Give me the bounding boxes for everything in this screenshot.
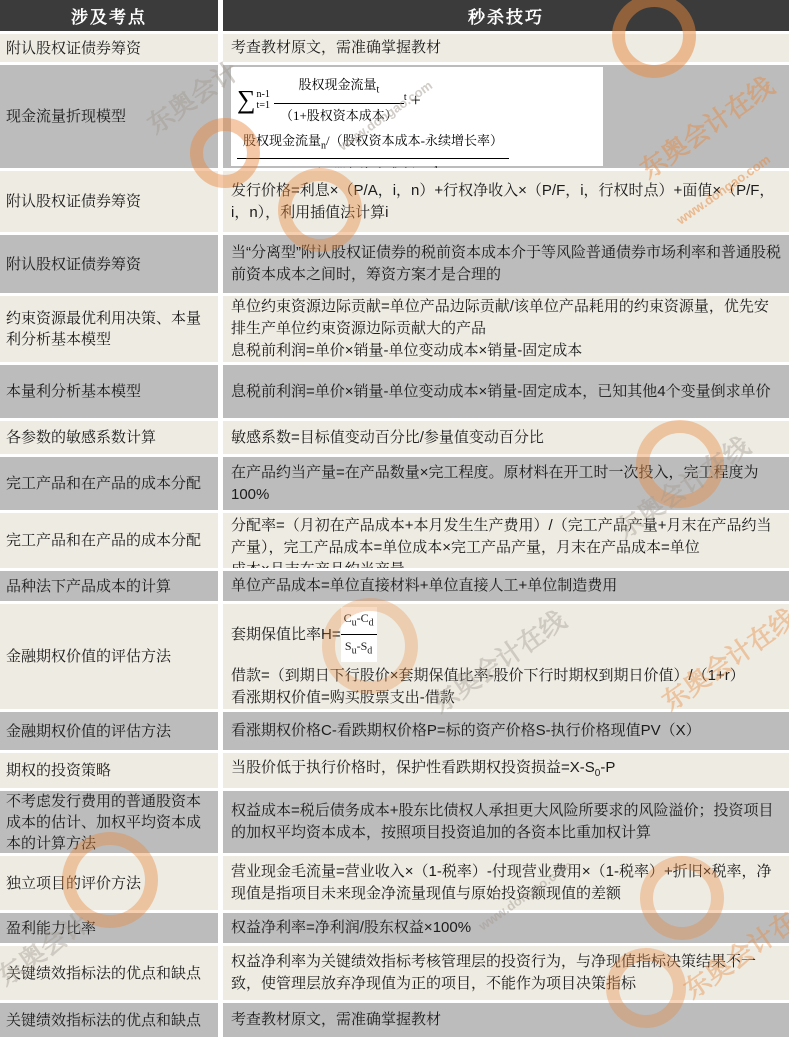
table-row: 盈利能力比率 权益净利率=净利润/股东权益×100% xyxy=(0,913,789,943)
topic-cell: 各参数的敏感系数计算 xyxy=(0,421,218,454)
exponent: n-1 xyxy=(425,165,438,168)
topic-cell: 独立项目的评价方法 xyxy=(0,856,218,910)
technique-text: 分配率=（月初在产品成本+本月发生生产费用）/（完工产品产量+月末在产品约当产量… xyxy=(231,515,783,559)
technique-cell: 权益成本=税后债务成本+股东比债权人承担更大风险所要求的风险溢价；投资项目的加权… xyxy=(223,791,789,853)
formula-term: -C xyxy=(357,611,369,625)
technique-text: 营业现金毛流量=营业收入×（1-税率）-付现营业费用×（1-税率）+折旧×税率，… xyxy=(231,861,783,905)
table-row: 独立项目的评价方法 营业现金毛流量=营业收入×（1-税率）-付现营业费用×（1-… xyxy=(0,856,789,910)
table-header-row: 涉及考点 秒杀技巧 xyxy=(0,0,789,31)
hedge-ratio-fraction: Cu-Cd Su-Sd xyxy=(341,607,377,663)
subscript: d xyxy=(367,645,372,656)
technique-text-clipped: 成本×月末在产品约当产量 xyxy=(231,559,783,568)
technique-cell: 单位产品成本=单位直接材料+单位直接人工+单位制造费用 xyxy=(223,571,789,601)
topic-cell: 本量利分析基本模型 xyxy=(0,365,218,418)
sigma-lower-limit: t=1 xyxy=(257,100,270,111)
technique-text: 看涨期权价值=购买股票支出-借款 xyxy=(231,687,783,709)
table-row: 附认股权证债券筹资 考查教材原文，需准确掌握教材 xyxy=(0,34,789,62)
technique-text: 敏感系数=目标值变动百分比/参量值变动百分比 xyxy=(231,427,783,449)
exam-tips-table: 涉及考点 秒杀技巧 附认股权证债券筹资 考查教材原文，需准确掌握教材 现金流量折… xyxy=(0,0,789,1037)
sigma-symbol: ∑ xyxy=(237,87,256,113)
topic-text: 完工产品和在产品的成本分配 xyxy=(6,530,214,551)
hedge-ratio-line: 套期保值比率H= Cu-Cd Su-Sd xyxy=(231,607,783,663)
topic-text: 金融期权价值的评估方法 xyxy=(6,721,214,742)
topic-cell: 完工产品和在产品的成本分配 xyxy=(0,457,218,510)
topic-cell: 盈利能力比率 xyxy=(0,913,218,943)
table-row: 品种法下产品成本的计算 单位产品成本=单位直接材料+单位直接人工+单位制造费用 xyxy=(0,571,789,601)
quick-kill-tips-sheet: { "header": { "col1": "涉及考点", "col2": "秒… xyxy=(0,0,789,1037)
topic-cell: 关键绩效指标法的优点和缺点 xyxy=(0,946,218,1000)
fraction-numerator: Cu-Cd xyxy=(341,607,377,635)
table-row: 完工产品和在产品的成本分配 在产品约当产量=在产品数量×完工程度。原材料在开工时… xyxy=(0,457,789,510)
formula-term: （1+股权资本成本） xyxy=(280,108,398,123)
topic-text: 金融期权价值的评估方法 xyxy=(6,646,214,667)
table-row: 金融期权价值的评估方法 套期保值比率H= Cu-Cd Su-Sd 借款=（到期日… xyxy=(0,604,789,709)
technique-cell: 敏感系数=目标值变动百分比/参量值变动百分比 xyxy=(223,421,789,454)
topic-text: 约束资源最优利用决策、本量利分析基本模型 xyxy=(6,308,214,350)
topic-cell: 约束资源最优利用决策、本量利分析基本模型 xyxy=(0,296,218,362)
fraction-numerator: 股权现金流量n/（股权资本成本-永续增长率） xyxy=(237,130,509,160)
fraction: 股权现金流量t （1+股权资本成本） xyxy=(274,74,404,127)
technique-text: 考查教材原文，需准确掌握教材 xyxy=(231,37,783,59)
topic-cell: 现金流量折现模型 xyxy=(0,65,218,168)
table-row: 期权的投资策略 当股价低于执行价格时，保护性看跌期权投资损益=X-S0-P xyxy=(0,753,789,788)
table-row: 完工产品和在产品的成本分配 分配率=（月初在产品成本+本月发生生产费用）/（完工… xyxy=(0,513,789,568)
topic-cell: 不考虑发行费用的普通股资本成本的估计、加权平均资本成本的计算方法 xyxy=(0,791,218,853)
formula-term: S xyxy=(345,639,352,653)
topic-cell: 期权的投资策略 xyxy=(0,753,218,788)
technique-text: 权益净利率为关键绩效指标考核管理层的投资行为，与净现值指标决策结果不一致，使管理… xyxy=(231,951,783,995)
technique-text: 权益净利率=净利润/股东权益×100% xyxy=(231,917,783,939)
sigma-upper-limit: n-1 xyxy=(257,89,270,100)
technique-cell: 分配率=（月初在产品成本+本月发生生产费用）/（完工产品产量+月末在产品约当产量… xyxy=(223,513,789,568)
technique-text: 息税前利润=单价×销量-单位变动成本×销量-固定成本，已知其他4个变量倒求单价 xyxy=(231,381,783,403)
technique-text: 权益成本=税后债务成本+股东比债权人承担更大风险所要求的风险溢价；投资项目的加权… xyxy=(231,800,783,844)
topic-cell: 附认股权证债券筹资 xyxy=(0,34,218,62)
technique-cell: 在产品约当产量=在产品数量×完工程度。原材料在开工时一次投入，完工程度为100% xyxy=(223,457,789,510)
fraction: 股权现金流量n/（股权资本成本-永续增长率） （1+股权资本成本）n-1 xyxy=(237,130,509,168)
topic-text: 完工产品和在产品的成本分配 xyxy=(6,473,214,494)
table-row: 不考虑发行费用的普通股资本成本的估计、加权平均资本成本的计算方法 权益成本=税后… xyxy=(0,791,789,853)
table-row: 金融期权价值的评估方法 看涨期权价格C-看跌期权价格P=标的资产价格S-执行价格… xyxy=(0,712,789,750)
exponent: t xyxy=(404,87,407,109)
formula-term: 股权现金流量 xyxy=(298,77,376,92)
topic-cell: 完工产品和在产品的成本分配 xyxy=(0,513,218,568)
topic-cell: 附认股权证债券筹资 xyxy=(0,171,218,232)
technique-cell: 考查教材原文，需准确掌握教材 xyxy=(223,34,789,62)
subscript: d xyxy=(369,617,374,628)
topic-text: 关键绩效指标法的优点和缺点 xyxy=(6,963,214,984)
topic-text: 关键绩效指标法的优点和缺点 xyxy=(6,1010,214,1031)
fraction-denominator: （1+股权资本成本）n-1 xyxy=(237,159,509,168)
technique-text: 发行价格=利息×（P/A，i，n）+行权净收入×（P/F，i，行权时点）+面值×… xyxy=(231,180,783,224)
topic-text: 品种法下产品成本的计算 xyxy=(6,576,214,597)
topic-text: 附认股权证债券筹资 xyxy=(6,191,214,212)
topic-text: 不考虑发行费用的普通股资本成本的估计、加权平均资本成本的计算方法 xyxy=(6,791,214,853)
technique-cell: 权益净利率为关键绩效指标考核管理层的投资行为，与净现值指标决策结果不一致，使管理… xyxy=(223,946,789,1000)
topic-text: 本量利分析基本模型 xyxy=(6,381,214,402)
formula-term: （1+股权资本成本） xyxy=(307,167,425,168)
hedge-ratio-label: 套期保值比率H= xyxy=(231,624,341,646)
fraction-denominator: （1+股权资本成本） xyxy=(274,104,404,127)
table-row: 附认股权证债券筹资 发行价格=利息×（P/A，i，n）+行权净收入×（P/F，i… xyxy=(0,171,789,232)
dcf-formula-image: ∑ n-1 t=1 股权现金流量t （1+股权资本成本） t + 股权现金流量n… xyxy=(231,67,603,166)
topic-cell: 金融期权价值的评估方法 xyxy=(0,712,218,750)
technique-cell: ∑ n-1 t=1 股权现金流量t （1+股权资本成本） t + 股权现金流量n… xyxy=(223,65,789,168)
table-row: 约束资源最优利用决策、本量利分析基本模型 单位约束资源边际贡献=单位产品边际贡献… xyxy=(0,296,789,362)
topic-text: 各参数的敏感系数计算 xyxy=(6,427,214,448)
formula-term: -S xyxy=(357,639,368,653)
technique-text-part: 当股价低于执行价格时，保护性看跌期权投资损益=X-S xyxy=(231,759,595,776)
header-technique-column: 秒杀技巧 xyxy=(223,0,789,31)
fraction-denominator: Su-Sd xyxy=(341,635,377,662)
technique-text: 息税前利润=单价×销量-单位变动成本×销量-固定成本 xyxy=(231,340,783,362)
sigma-limits: n-1 t=1 xyxy=(257,89,270,111)
technique-cell: 息税前利润=单价×销量-单位变动成本×销量-固定成本，已知其他4个变量倒求单价 xyxy=(223,365,789,418)
formula-term: /（股权资本成本-永续增长率） xyxy=(326,133,503,148)
topic-cell: 金融期权价值的评估方法 xyxy=(0,604,218,709)
topic-text: 附认股权证债券筹资 xyxy=(6,38,214,59)
technique-cell: 看涨期权价格C-看跌期权价格P=标的资产价格S-执行价格现值PV（X） xyxy=(223,712,789,750)
technique-text: 看涨期权价格C-看跌期权价格P=标的资产价格S-执行价格现值PV（X） xyxy=(231,720,783,742)
formula-term: C xyxy=(344,611,352,625)
technique-cell: 单位约束资源边际贡献=单位产品边际贡献/该单位产品耗用的约束资源量，优先安排生产… xyxy=(223,296,789,362)
table-row: 附认股权证债券筹资 当“分离型”附认股权证债券的税前资本成本介于等风险普通债券市… xyxy=(0,235,789,293)
topic-text: 盈利能力比率 xyxy=(6,918,214,939)
technique-text: 单位产品成本=单位直接材料+单位直接人工+单位制造费用 xyxy=(231,575,783,597)
header-topic-column: 涉及考点 xyxy=(0,0,218,31)
topic-text: 附认股权证债券筹资 xyxy=(6,254,214,275)
subscript: t xyxy=(377,85,380,96)
table-row: 关键绩效指标法的优点和缺点 权益净利率为关键绩效指标考核管理层的投资行为，与净现… xyxy=(0,946,789,1000)
topic-cell: 附认股权证债券筹资 xyxy=(0,235,218,293)
table-row: 本量利分析基本模型 息税前利润=单价×销量-单位变动成本×销量-固定成本，已知其… xyxy=(0,365,789,418)
technique-text: 当“分离型”附认股权证债券的税前资本成本介于等风险普通债券市场利率和普通股税前资… xyxy=(231,242,783,286)
dcf-formula-line-2: 股权现金流量n/（股权资本成本-永续增长率） （1+股权资本成本）n-1 xyxy=(237,130,597,168)
technique-cell: 考查教材原文，需准确掌握教材 xyxy=(223,1003,789,1037)
technique-text: 当股价低于执行价格时，保护性看跌期权投资损益=X-S0-P xyxy=(231,757,783,785)
plus-sign: + xyxy=(411,89,421,111)
dcf-formula-line-1: ∑ n-1 t=1 股权现金流量t （1+股权资本成本） t + xyxy=(237,74,597,127)
topic-cell: 品种法下产品成本的计算 xyxy=(0,571,218,601)
technique-cell: 当“分离型”附认股权证债券的税前资本成本介于等风险普通债券市场利率和普通股税前资… xyxy=(223,235,789,293)
technique-cell: 权益净利率=净利润/股东权益×100% xyxy=(223,913,789,943)
topic-text: 现金流量折现模型 xyxy=(6,106,214,127)
technique-cell: 套期保值比率H= Cu-Cd Su-Sd 借款=（到期日下行股价×套期保值比率-… xyxy=(223,604,789,709)
technique-text: 单位约束资源边际贡献=单位产品边际贡献/该单位产品耗用的约束资源量，优先安排生产… xyxy=(231,296,783,340)
table-row: 各参数的敏感系数计算 敏感系数=目标值变动百分比/参量值变动百分比 xyxy=(0,421,789,454)
topic-cell: 关键绩效指标法的优点和缺点 xyxy=(0,1003,218,1037)
fraction-numerator: 股权现金流量t xyxy=(274,74,404,104)
technique-text: 考查教材原文，需准确掌握教材 xyxy=(231,1009,783,1031)
technique-cell: 当股价低于执行价格时，保护性看跌期权投资损益=X-S0-P xyxy=(223,753,789,788)
table-row: 关键绩效指标法的优点和缺点 考查教材原文，需准确掌握教材 xyxy=(0,1003,789,1037)
technique-cell: 营业现金毛流量=营业收入×（1-税率）-付现营业费用×（1-税率）+折旧×税率，… xyxy=(223,856,789,910)
technique-text: 在产品约当产量=在产品数量×完工程度。原材料在开工时一次投入，完工程度为100% xyxy=(231,462,783,506)
technique-cell: 发行价格=利息×（P/A，i，n）+行权净收入×（P/F，i，行权时点）+面值×… xyxy=(223,171,789,232)
technique-text: 借款=（到期日下行股价×套期保值比率-股价下行时期权到期日价值）/（1+r） xyxy=(231,665,783,687)
topic-text: 期权的投资策略 xyxy=(6,760,214,781)
table-row: 现金流量折现模型 ∑ n-1 t=1 股权现金流量t （1+股权资本成本） t … xyxy=(0,65,789,168)
technique-text-part: -P xyxy=(600,759,615,776)
topic-text: 独立项目的评价方法 xyxy=(6,873,214,894)
formula-term: 股权现金流量 xyxy=(243,133,321,148)
